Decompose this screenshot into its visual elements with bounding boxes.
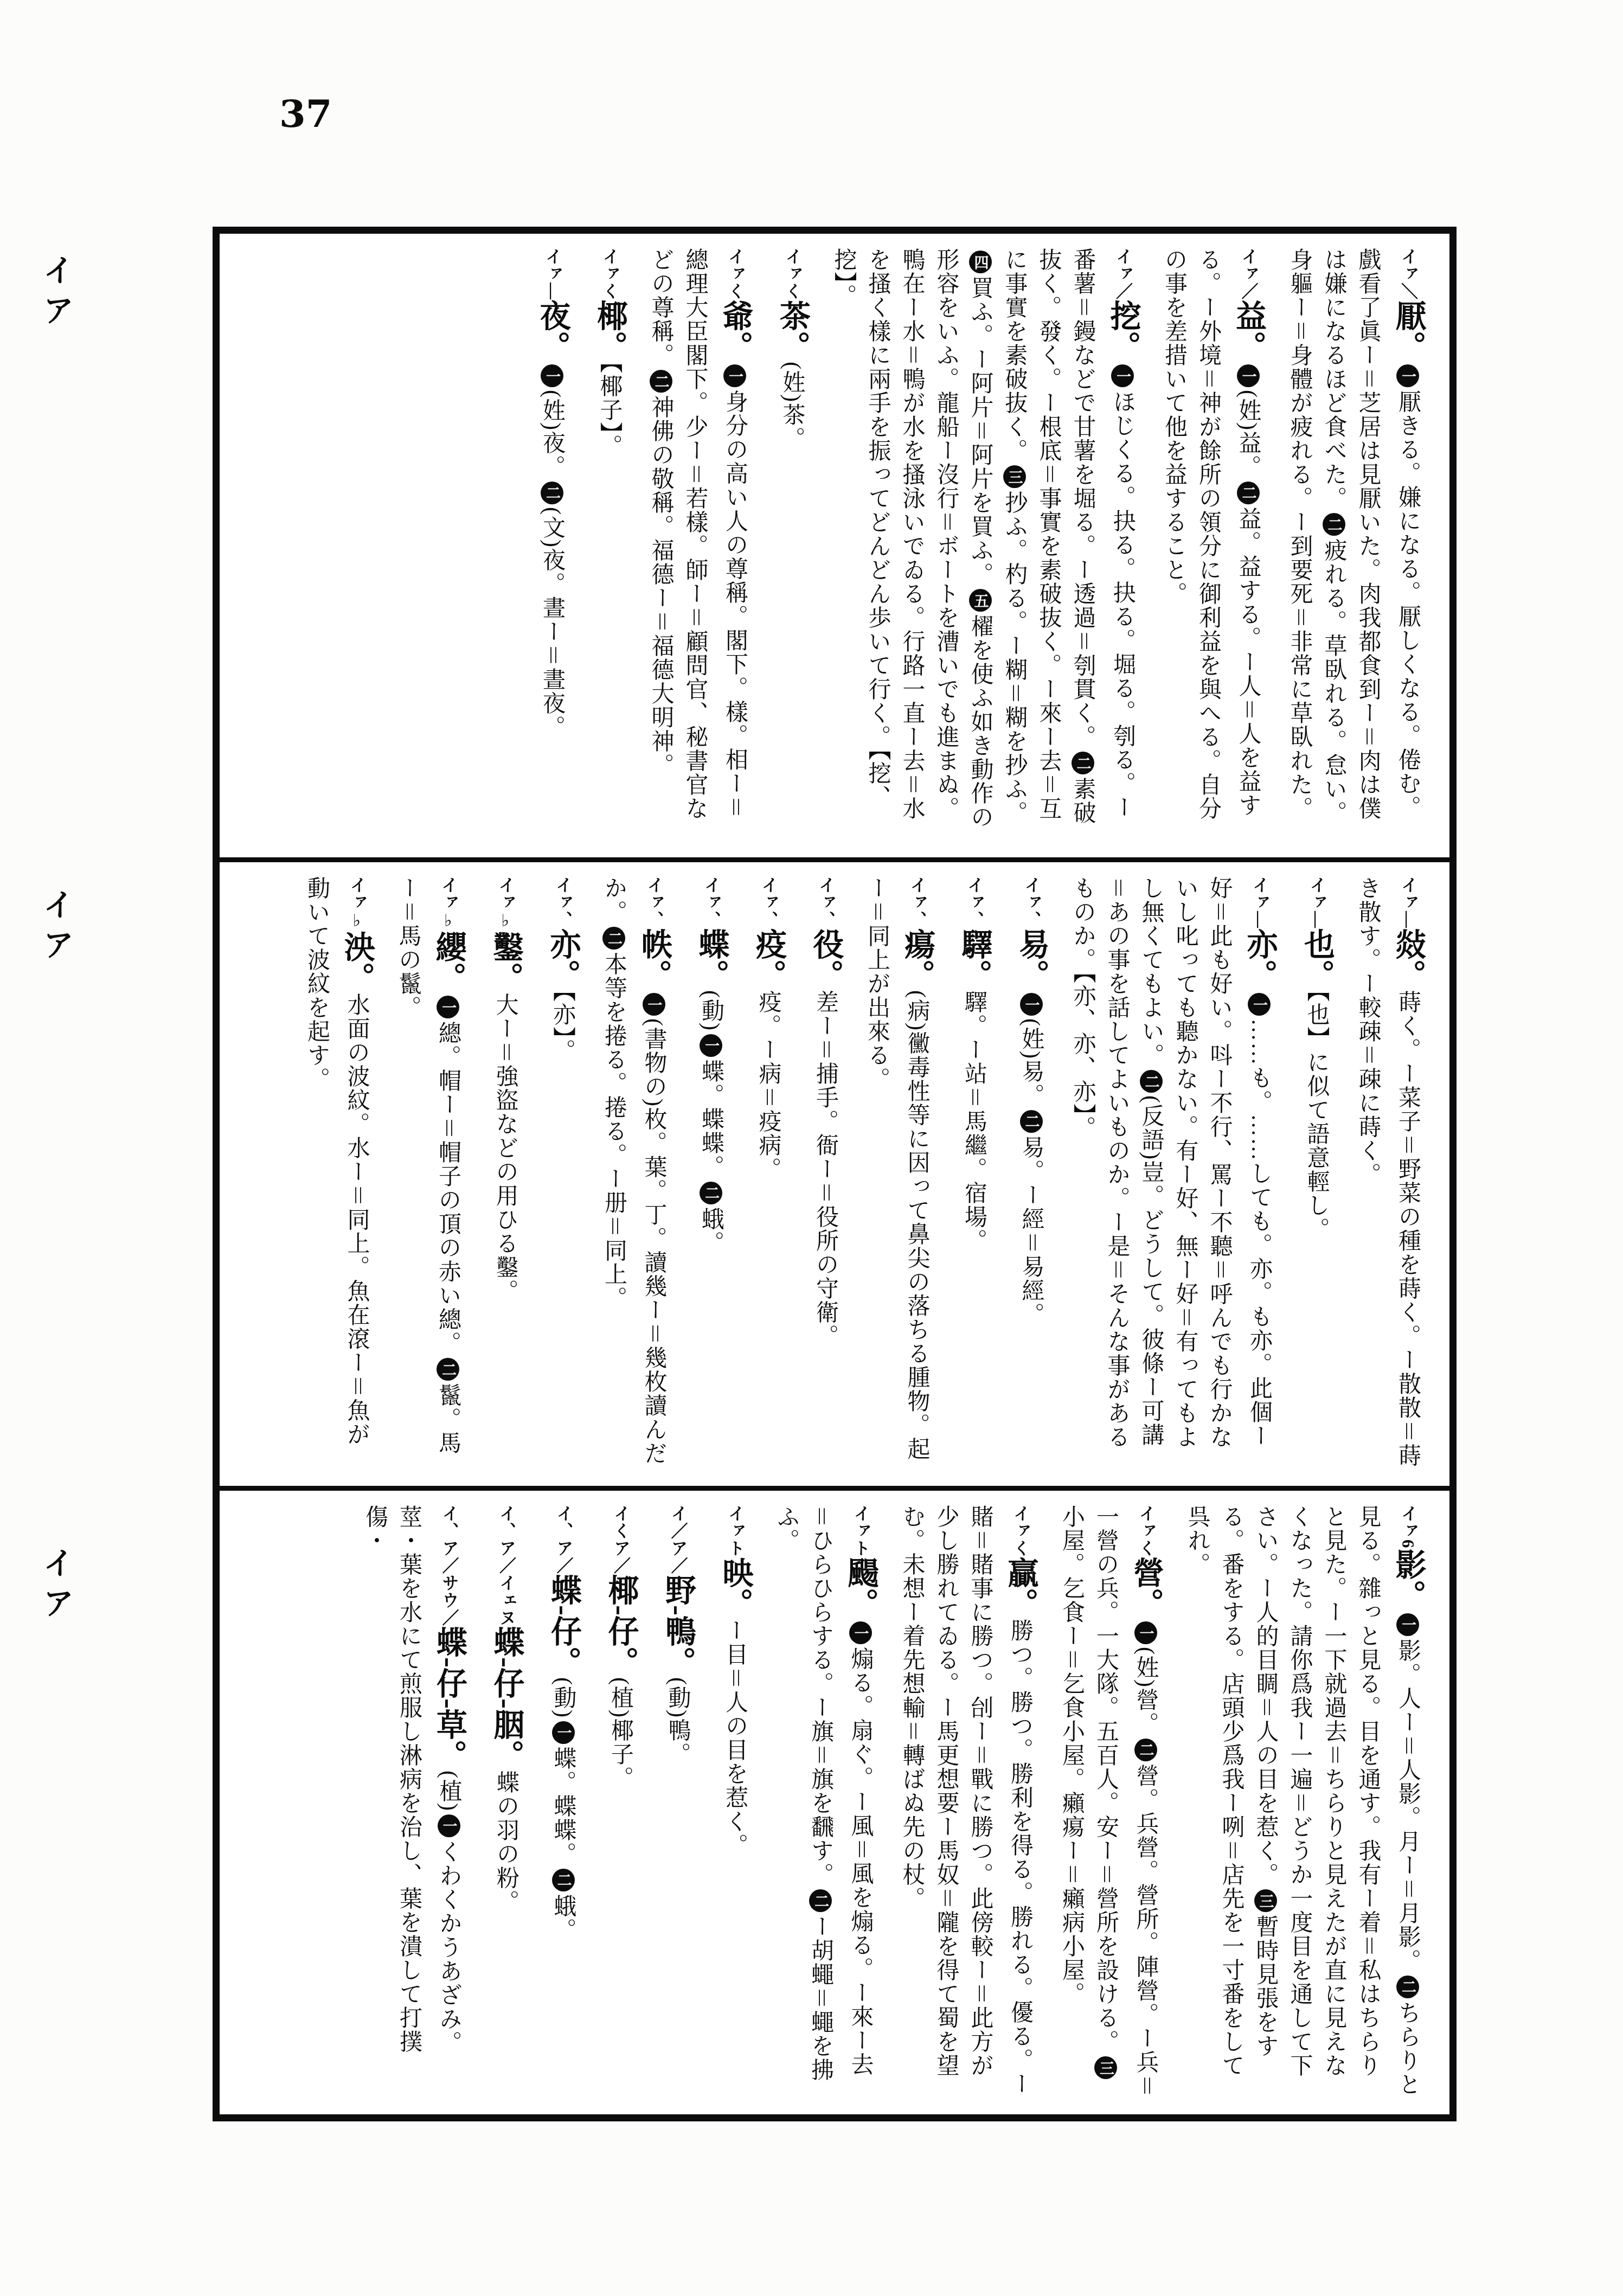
entry-headword: 茶。 xyxy=(775,300,810,362)
entry-headword: 泱。 xyxy=(340,931,374,993)
entry-body: (動)鴨。 xyxy=(665,1677,690,1766)
dictionary-band-middle: イァ―敥。蒔く。ー菜子＝野菜の種を蒔く。ー散散＝蒔き散す。ー較疎＝疎に蒔く。イァ… xyxy=(220,862,1449,1491)
entry-pronunciation: イァ、 xyxy=(1022,876,1041,928)
sense-number-badge: 二 xyxy=(602,927,625,950)
entry-body: 一(姓)夜。二(文)夜。晝ー＝晝夜。 xyxy=(540,362,564,739)
sense-number-badge: 三 xyxy=(1094,2056,1117,2079)
dictionary-entry: イァく茶。(姓)茶。 xyxy=(769,248,816,841)
sense-number-badge: 四 xyxy=(969,251,992,273)
entry-pronunciation: イァ― xyxy=(1250,876,1269,928)
dictionary-entry: イァ♭纓。一總。帽ー＝帽子の頂の赤い總。二鬣。馬ー＝馬の鬣。 xyxy=(391,876,472,1470)
entry-body: 【椰子】。 xyxy=(597,362,622,458)
dictionary-entry: イ、ア／イェヌ蝶-仔-胭。蝶の羽の粉。 xyxy=(483,1505,530,2098)
dictionary-entry: イ、ア／サウ／蝶-仔-草。(植)一くわくかうあざみ。莖・葉を水にて煎服し淋病を治… xyxy=(357,1505,472,2098)
dictionary-page-frame: イァ＼厭。一厭きる。嫌になる。厭しくなる。倦む。戲看了眞ー＝芝居は見厭いた。肉我… xyxy=(213,227,1457,2121)
sense-number-badge: 一 xyxy=(1396,364,1419,387)
sense-number-badge: 一 xyxy=(541,364,563,387)
dictionary-entry: イァく椰。【椰子】。 xyxy=(586,248,633,841)
entry-pronunciation: イァト xyxy=(726,1505,745,1557)
dictionary-entry: イァ、瘍。(病)黴毒性等に因って鼻尖の落ちる腫物。起ー＝同上が出來る。 xyxy=(859,876,940,1470)
sense-number-badge: 二 xyxy=(1140,1070,1163,1093)
entry-pronunciation: イァ、 xyxy=(759,876,778,928)
sense-number-badge: 一 xyxy=(700,1034,722,1057)
dictionary-entry: イァ、驛。驛。ー站＝馬繼。宿場。 xyxy=(951,876,998,1470)
sense-number-badge: 一 xyxy=(1396,1613,1419,1636)
entry-body: 【亦】。 xyxy=(550,990,575,1063)
sense-number-badge: 二 xyxy=(1323,513,1345,536)
entry-pronunciation: イァく xyxy=(726,248,745,300)
dictionary-entry: イァ―也。【也】に似て語意輕し。 xyxy=(1293,876,1340,1470)
entry-pronunciation: イァ、 xyxy=(965,876,984,928)
dictionary-entry: イァ／挖。一ほじくる。抉る。抉る。堀る。刳る。ー番薯＝鏝などで甘薯を堀る。ー透過… xyxy=(826,248,1146,841)
sense-number-badge: 一 xyxy=(1020,993,1043,1016)
entry-pronunciation: イ／ア／ xyxy=(669,1505,688,1574)
entry-body: 【也】に似て語意輕し。 xyxy=(1304,990,1329,1241)
sense-number-badge: 二 xyxy=(1072,752,1094,774)
entry-pronunciation: イァ、 xyxy=(702,876,721,928)
sense-number-badge: 一 xyxy=(552,1721,575,1744)
dictionary-entry: イァ／益。一(姓)益。二益。益する。ー人＝人を益する。ー外境＝神が餘所の領分に御… xyxy=(1157,248,1272,841)
entry-pronunciation: イァく xyxy=(1011,1505,1030,1557)
sense-number-badge: 一 xyxy=(1111,364,1134,387)
entry-headword: 爺。 xyxy=(718,300,752,362)
entry-headword: 疫。 xyxy=(752,928,786,990)
entry-pronunciation: イァ、 xyxy=(816,876,835,928)
entry-pronunciation: イァく xyxy=(1137,1505,1156,1557)
entry-pronunciation: イァ♭ xyxy=(439,876,458,931)
dictionary-band-top: イァ＼厭。一厭きる。嫌になる。厭しくなる。倦む。戲看了眞ー＝芝居は見厭いた。肉我… xyxy=(220,234,1449,862)
entry-headword: 影。 xyxy=(1391,1549,1425,1611)
entry-headword: 蝶-仔。 xyxy=(547,1574,581,1677)
entry-pronunciation: イァ＼ xyxy=(1399,248,1417,300)
sense-number-badge: 二 xyxy=(437,1358,459,1381)
margin-index-label: イア xyxy=(33,254,78,334)
entry-pronunciation: イ、ア／サウ／ xyxy=(440,1505,459,1626)
entry-headword: 颺。 xyxy=(844,1557,878,1619)
entry-pronunciation: イァ、 xyxy=(908,876,927,928)
dictionary-entry: イァ、亦。【亦】。 xyxy=(540,876,586,1470)
entry-body: 驛。ー站＝馬繼。宿場。 xyxy=(961,990,986,1253)
entry-headword: 厭。 xyxy=(1391,300,1425,362)
entry-pronunciation: イァ、 xyxy=(553,876,572,928)
entry-body: (植)椰子。 xyxy=(608,1677,633,1790)
entry-pronunciation: イ、ア／ xyxy=(554,1505,573,1574)
entry-body: (動)一蝶。蝶蝶。二蛾。 xyxy=(551,1677,576,1942)
sense-number-badge: 一 xyxy=(849,1621,872,1644)
sense-number-badge: 五 xyxy=(969,589,992,612)
sense-number-badge: 三 xyxy=(1254,1889,1277,1912)
entry-headword: 蝶-仔-草。 xyxy=(432,1626,466,1771)
sense-number-badge: 一 xyxy=(1134,1621,1157,1644)
entry-headword: 鑿。 xyxy=(489,931,523,993)
entry-headword: 亦。 xyxy=(546,928,580,990)
entry-headword: 夜。 xyxy=(535,300,569,362)
entry-body: 一影。人ー＝人影。月ー＝月影。二ちらりと見る。雜っと見る。目を通す。我有ー着＝私… xyxy=(1185,1505,1421,2096)
dictionary-entry: イァ、疫。疫。ー病＝疫病。 xyxy=(745,876,792,1470)
entry-headword: 挖。 xyxy=(1106,300,1140,362)
dictionary-entry: イァ、役。差ー＝捕手。衙ー＝役所の守衛。 xyxy=(803,876,849,1470)
entry-pronunciation: イァ／ xyxy=(1239,248,1258,300)
entry-body: 差ー＝捕手。衙ー＝役所の守衛。 xyxy=(813,990,838,1348)
dictionary-entry: イ、ア／蝶-仔。(動)一蝶。蝶蝶。二蛾。 xyxy=(540,1505,587,2098)
entry-body: 大ー＝強盜などの用ひる鑿。 xyxy=(493,993,518,1303)
dictionary-entry: イァ―夜。一(姓)夜。二(文)夜。晝ー＝晝夜。 xyxy=(529,248,576,841)
sense-number-badge: 一 xyxy=(723,364,746,387)
margin-index-label: イア xyxy=(33,888,78,969)
entry-pronunciation: イァ／ xyxy=(1113,248,1132,300)
dictionary-entry: イァト颺。一煽る。扇ぐ。ー風＝風を煽る。ー來ー去＝ひらひらする。ー旗＝旗を飜す。… xyxy=(769,1505,884,2098)
entry-pronunciation: イァく xyxy=(783,248,802,300)
entry-pronunciation: イ、ア／イェヌ xyxy=(497,1505,516,1626)
entry-headword: 也。 xyxy=(1300,928,1334,990)
sense-number-badge: 二 xyxy=(700,1182,722,1204)
dictionary-entry: イァく爺。一身分の高い人の尊稱。閣下。樣。相ー＝總理大臣閣下。少ー＝若樣。師ー＝… xyxy=(644,248,759,841)
sense-number-badge: 三 xyxy=(1003,465,1026,488)
entry-headword: 亦。 xyxy=(1242,928,1276,990)
sense-number-badge: 一 xyxy=(437,996,459,1018)
sense-number-badge: 二 xyxy=(1237,482,1260,504)
sense-number-badge: 二 xyxy=(650,370,672,393)
dictionary-entry: イァく贏。勝つ。勝つ。勝利を得る。勝れる。優る。ー賭＝賭事に勝つ。刣ー＝戰に勝つ… xyxy=(895,1505,1044,2098)
sense-number-badge: 二 xyxy=(809,1889,832,1912)
entry-body: (姓)茶。 xyxy=(780,362,805,451)
sense-number-badge: 一 xyxy=(643,993,665,1016)
dictionary-entry: イくア／椰-仔。(植)椰子。 xyxy=(598,1505,644,2098)
entry-pronunciation: イァ― xyxy=(1399,876,1417,928)
sense-number-badge: 二 xyxy=(1020,1110,1043,1133)
entry-pronunciation: イァ、 xyxy=(645,876,664,928)
sense-number-badge: 二 xyxy=(541,482,563,504)
entry-pronunciation: イァ― xyxy=(1307,876,1326,928)
dictionary-entry: イァ―敥。蒔く。ー菜子＝野菜の種を蒔く。ー散散＝蒔き散す。ー較疎＝疎に蒔く。 xyxy=(1351,876,1432,1470)
dictionary-entry: イァ、帙。一(書物の)枚。葉。丁。讀幾ー＝幾枚讀んだか。二本等を捲る。捲る。ー册… xyxy=(596,876,677,1470)
entry-headword: 驛。 xyxy=(957,928,991,990)
dictionary-entry: イァ♭泱。水面の波紋。水ー＝同上。魚在滾ー＝魚が動いて波紋を起す。 xyxy=(299,876,380,1470)
entry-headword: 敥。 xyxy=(1391,928,1425,990)
entry-headword: 瘍。 xyxy=(900,928,934,990)
entry-headword: 易。 xyxy=(1015,928,1049,990)
entry-body: ー目＝人の目を惹く。 xyxy=(722,1619,747,1857)
entry-headword: 野-鴨。 xyxy=(661,1574,695,1677)
dictionary-entry: イァ―亦。一……も。……しても。亦。も亦。此個ー好＝此も好い。呌ー不行、罵ー不聽… xyxy=(1066,876,1283,1470)
entry-body: 一(姓)易。二易。ー經＝易經。 xyxy=(1019,990,1044,1326)
entry-body: 疫。ー病＝疫病。 xyxy=(756,990,781,1181)
dictionary-band-bottom: イァ6影。一影。人ー＝人影。月ー＝月影。二ちらりと見る。雜っと見る。目を通す。我… xyxy=(220,1491,1449,2114)
sense-number-badge: 二 xyxy=(1396,1976,1419,1998)
sense-number-badge: 二 xyxy=(552,1869,575,1891)
entry-pronunciation: イァ♭ xyxy=(348,876,367,931)
entry-headword: 蝶。 xyxy=(694,928,728,990)
dictionary-entry: イァト映。ー目＝人の目を惹く。 xyxy=(712,1505,759,2098)
entry-headword: 營。 xyxy=(1129,1557,1163,1619)
margin-index-label: イア xyxy=(33,1547,78,1627)
dictionary-entry: イァ、蝶。(動)一蝶。蝶蝶。二蛾。 xyxy=(688,876,735,1470)
dictionary-entry: イァ＼厭。一厭きる。嫌になる。厭しくなる。倦む。戲看了眞ー＝芝居は見厭いた。肉我… xyxy=(1282,248,1432,841)
entry-pronunciation: イくア／ xyxy=(611,1505,630,1574)
entry-body: 一……も。……しても。亦。も亦。此個ー好＝此も好い。呌ー不行、罵ー不聽＝呼んでも… xyxy=(1070,876,1272,1449)
sense-number-badge: 一 xyxy=(438,1814,460,1837)
entry-headword: 役。 xyxy=(809,928,843,990)
entry-body: 一ほじくる。抉る。抉る。堀る。刳る。ー番薯＝鏝などで甘薯を堀る。ー透過＝刳貫く。… xyxy=(831,248,1136,829)
entry-headword: 纓。 xyxy=(431,931,465,993)
entry-headword: 椰-仔。 xyxy=(604,1574,638,1677)
entry-pronunciation: イァ― xyxy=(543,248,562,300)
entry-pronunciation: イァ6 xyxy=(1399,1505,1417,1549)
entry-headword: 映。 xyxy=(718,1557,752,1619)
entry-headword: 贏。 xyxy=(1003,1557,1037,1619)
entry-pronunciation: イァく xyxy=(600,248,619,300)
dictionary-entry: イァく營。一(姓)營。二營。兵營。營所。陣營。ー兵＝一營の兵。一大隊。五百人。安… xyxy=(1054,1505,1169,2098)
entry-body: 蝶の羽の粉。 xyxy=(493,1771,518,1914)
sense-number-badge: 一 xyxy=(1248,993,1271,1016)
sense-number-badge: 二 xyxy=(1134,1739,1157,1761)
entry-body: (動)一蝶。蝶蝶。二蛾。 xyxy=(698,990,723,1255)
entry-headword: 帙。 xyxy=(637,928,671,990)
page-number: 37 xyxy=(279,91,332,136)
entry-pronunciation: イァ♭ xyxy=(496,876,515,931)
dictionary-entry: イァ6影。一影。人ー＝人影。月ー＝月影。二ちらりと見る。雜っと見る。目を通す。我… xyxy=(1180,1505,1432,2098)
dictionary-entry: イァ♭鑿。大ー＝強盜などの用ひる鑿。 xyxy=(482,876,529,1470)
dictionary-entry: イ／ア／野-鴨。(動)鴨。 xyxy=(655,1505,701,2098)
sense-number-badge: 一 xyxy=(1237,364,1260,387)
entry-headword: 蝶-仔-胭。 xyxy=(489,1626,523,1771)
dictionary-entry: イァ、易。一(姓)易。二易。ー經＝易經。 xyxy=(1008,876,1055,1470)
entry-pronunciation: イァト xyxy=(851,1505,870,1557)
entry-headword: 椰。 xyxy=(593,300,627,362)
entry-headword: 益。 xyxy=(1231,300,1266,362)
